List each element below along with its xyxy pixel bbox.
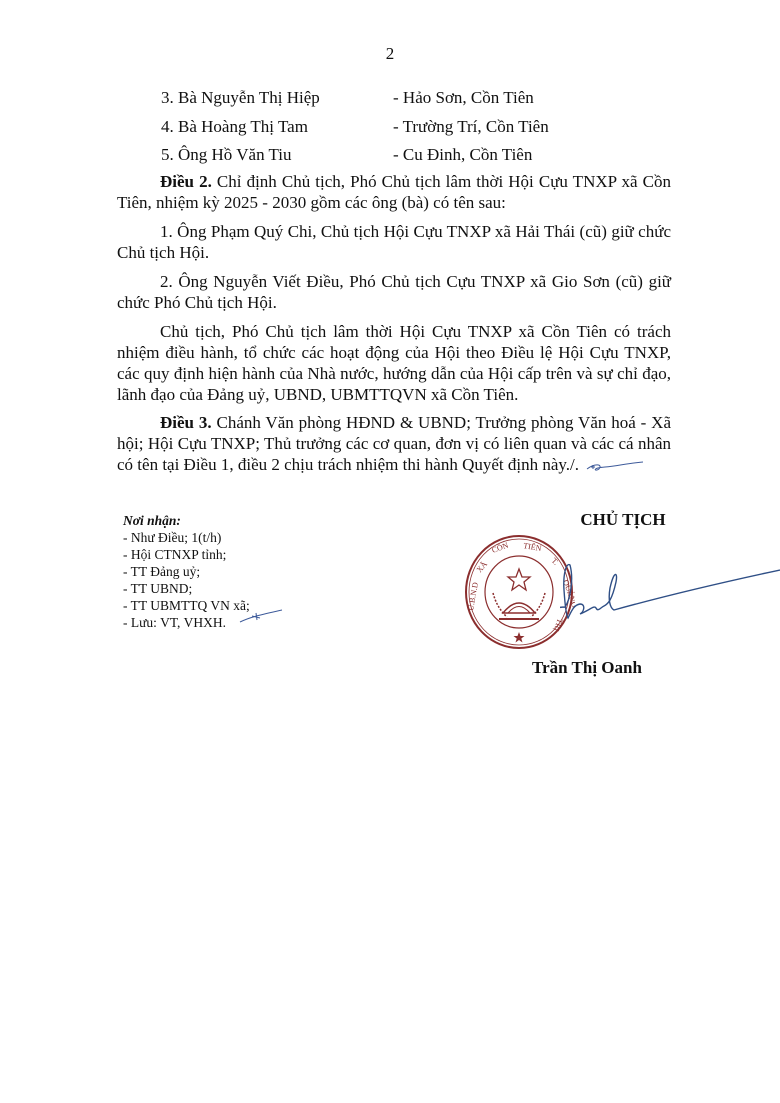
official-seal-icon: U.B.N.D XÃ CỒN TIÊN T. QUẢNG TRỊ	[463, 533, 575, 651]
duty-paragraph: Chủ tịch, Phó Chủ tịch lâm thời Hội Cựu …	[117, 321, 671, 405]
member-list: 3. Bà Nguyễn Thị Hiệp - Hảo Sơn, Cồn Tiê…	[161, 84, 549, 170]
recipient-item: - Hội CTNXP tỉnh;	[123, 546, 250, 563]
svg-text:XÃ: XÃ	[474, 559, 489, 574]
article-2-item: 1. Ông Phạm Quý Chi, Chủ tịch Hội Cựu TN…	[117, 221, 671, 263]
signature-block: CHỦ TỊCH	[480, 510, 720, 530]
article-2-item: 2. Ông Nguyễn Viết Điều, Phó Chủ tịch Cự…	[117, 271, 671, 313]
member-place: - Trường Trí, Cồn Tiên	[393, 113, 549, 142]
article-2-heading: Điều 2.	[160, 172, 212, 191]
member-name: 3. Bà Nguyễn Thị Hiệp	[161, 84, 393, 113]
svg-text:TIÊN: TIÊN	[523, 540, 543, 553]
recipient-item: - Lưu: VT, VHXH.	[123, 614, 250, 631]
member-row: 3. Bà Nguyễn Thị Hiệp - Hảo Sơn, Cồn Tiê…	[161, 84, 549, 113]
svg-text:U.B.N.D: U.B.N.D	[466, 581, 480, 611]
member-name: 4. Bà Hoàng Thị Tam	[161, 113, 393, 142]
signer-title: CHỦ TỊCH	[526, 510, 720, 530]
initials-mark-icon	[585, 460, 645, 474]
appointee-chairman: 1. Ông Phạm Quý Chi, Chủ tịch Hội Cựu TN…	[117, 221, 671, 263]
recipients-title: Nơi nhận:	[123, 512, 250, 529]
recipient-item: - TT UBND;	[123, 580, 250, 597]
member-place: - Cu Đinh, Cồn Tiên	[393, 141, 532, 170]
signer-name: Trần Thị Oanh	[532, 658, 642, 678]
recipients-block: Nơi nhận: - Như Điều; 1(t/h) - Hội CTNXP…	[123, 512, 250, 631]
recipient-item: - TT Đảng uỷ;	[123, 563, 250, 580]
article-3-heading: Điều 3.	[160, 413, 212, 432]
member-row: 4. Bà Hoàng Thị Tam - Trường Trí, Cồn Ti…	[161, 113, 549, 142]
initials-mark-icon	[238, 607, 283, 625]
article-2-duty: Chủ tịch, Phó Chủ tịch lâm thời Hội Cựu …	[117, 321, 671, 405]
member-row: 5. Ông Hồ Văn Tiu - Cu Đinh, Cồn Tiên	[161, 141, 549, 170]
recipient-item: - Như Điều; 1(t/h)	[123, 529, 250, 546]
recipient-item: - TT UBMTTQ VN xã;	[123, 597, 250, 614]
member-place: - Hảo Sơn, Cồn Tiên	[393, 84, 534, 113]
article-2: Điều 2. Chỉ định Chủ tịch, Phó Chủ tịch …	[117, 171, 671, 213]
member-name: 5. Ông Hồ Văn Tiu	[161, 141, 393, 170]
handwritten-signature-icon	[560, 560, 780, 630]
page-number: 2	[0, 44, 780, 64]
appointee-vice-chairman: 2. Ông Nguyễn Viết Điều, Phó Chủ tịch Cự…	[117, 271, 671, 313]
svg-text:T.: T.	[550, 556, 561, 567]
